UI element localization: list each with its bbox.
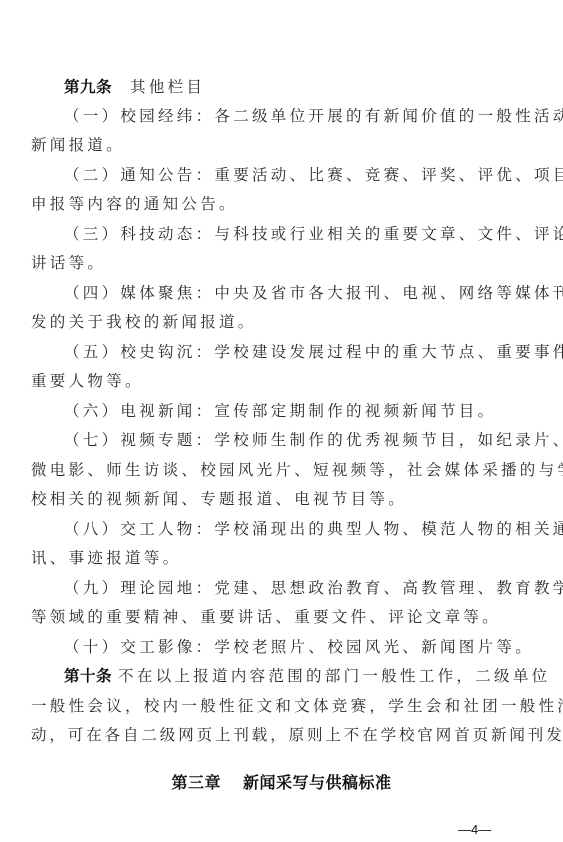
article-9-heading: 第九条 xyxy=(64,78,112,96)
item-9-line-1: （九）理论园地：党建、思想政治教育、高教管理、教育教学 xyxy=(64,578,563,598)
article-10-heading: 第十条 xyxy=(64,667,112,685)
item-5-line-2: 重要人物等。 xyxy=(31,371,541,391)
document-page: 第九条其他栏目 （一）校园经纬：各二级单位开展的有新闻价值的一般性活动 新闻报道… xyxy=(0,0,563,842)
page-number: —4— xyxy=(458,822,491,837)
item-10-line-1: （十）交工影像：学校老照片、校园风光、新闻图片等。 xyxy=(64,637,563,657)
item-4-line-1: （四）媒体聚焦：中央及省市各大报刊、电视、网络等媒体刊 xyxy=(64,283,563,303)
item-5-line-1: （五）校史钩沉：学校建设发展过程中的重大节点、重要事件、 xyxy=(64,342,563,362)
chapter-label: 第三章 xyxy=(171,773,221,792)
item-8-line-2: 讯、事迹报道等。 xyxy=(31,548,541,568)
item-2-line-1: （二）通知公告：重要活动、比赛、竞赛、评奖、评优、项目 xyxy=(64,165,563,185)
item-7-line-1: （七）视频专题：学校师生制作的优秀视频节目，如纪录片、 xyxy=(64,430,563,450)
chapter-title: 新闻采写与供稿标准 xyxy=(243,773,392,792)
item-7-line-3: 校相关的视频新闻、专题报道、电视节目等。 xyxy=(31,489,541,509)
item-3-line-2: 讲话等。 xyxy=(31,253,541,273)
article-10-line-3: 动，可在各自二级网页上刊载，原则上不在学校官网首页新闻刊发。 xyxy=(31,725,541,745)
article-9-title: 其他栏目 xyxy=(130,78,205,96)
article-10-line-1: 第十条不在以上报道内容范围的部门一般性工作，二级单位 xyxy=(64,666,563,686)
item-6-line-1: （六）电视新闻：宣传部定期制作的视频新闻节目。 xyxy=(64,401,563,421)
article-9-heading-line: 第九条其他栏目 xyxy=(64,77,563,97)
item-9-line-2: 等领域的重要精神、重要讲话、重要文件、评论文章等。 xyxy=(31,607,541,627)
item-2-line-2: 申报等内容的通知公告。 xyxy=(31,194,541,214)
item-8-line-1: （八）交工人物：学校涌现出的典型人物、模范人物的相关通 xyxy=(64,519,563,539)
chapter-heading: 第三章新闻采写与供稿标准 xyxy=(0,770,563,793)
item-1-line-1: （一）校园经纬：各二级单位开展的有新闻价值的一般性活动 xyxy=(64,106,563,126)
item-4-line-2: 发的关于我校的新闻报道。 xyxy=(31,312,541,332)
item-3-line-1: （三）科技动态：与科技或行业相关的重要文章、文件、评论、 xyxy=(64,224,563,244)
article-10-line-2: 一般性会议，校内一般性征文和文体竞赛，学生会和社团一般性活 xyxy=(31,696,541,716)
article-10-text-1: 不在以上报道内容范围的部门一般性工作，二级单位 xyxy=(118,667,550,685)
item-1-line-2: 新闻报道。 xyxy=(31,135,541,155)
item-7-line-2: 微电影、师生访谈、校园风光片、短视频等，社会媒体采播的与学 xyxy=(31,460,541,480)
